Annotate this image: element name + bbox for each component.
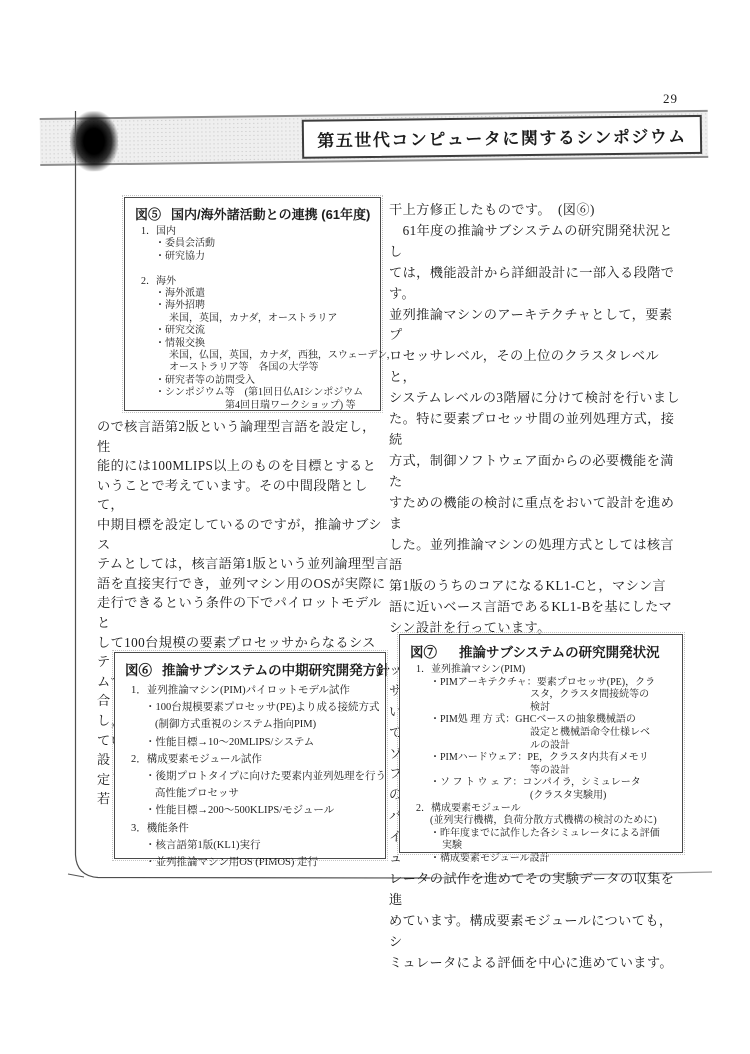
list-item: 1．並列推論マシン(PIM)パイロットモデル試作 bbox=[119, 682, 381, 699]
list-item bbox=[129, 263, 376, 275]
list-item: 第4回日瑞ワークショップ) 等 bbox=[129, 400, 376, 412]
figure-6-box: 図⑥ 推論サブシステムの中期研究開発方針 1．並列推論マシン(PIM)パイロット… bbox=[114, 652, 386, 859]
header-banner: 第五世代コンピュータに関するシンポジウム bbox=[40, 110, 709, 166]
figure-5-caption: 図⑤ 国内/海外諸活動との連携 (61年度) bbox=[125, 198, 380, 226]
list-item: ・並列推論マシン用OS (PIMOS) 走行 bbox=[119, 854, 381, 871]
figure-6-title: 推論サブシステムの中期研究開発方針 bbox=[162, 659, 390, 679]
list-item: ・情報交換 bbox=[129, 338, 376, 350]
list-item: ルの設計 bbox=[404, 740, 678, 753]
list-item: ・委員会活動 bbox=[129, 238, 376, 250]
list-item: 高性能プロセッサ bbox=[119, 785, 381, 802]
list-item: ・研究者等の訪問受入 bbox=[129, 375, 376, 387]
list-item: 1．並列推論マシン(PIM) bbox=[404, 664, 678, 677]
binding-shadow bbox=[70, 111, 119, 172]
list-item: ・後期プロトタイプに向けた要素内並列処理を行う bbox=[119, 768, 381, 785]
list-item: 実験 bbox=[404, 840, 678, 853]
figure-6-list: 1．並列推論マシン(PIM)パイロットモデル試作・100台規模要素プロセッサ(P… bbox=[115, 682, 385, 875]
figure-7-label: 図⑦ bbox=[410, 641, 437, 661]
figure-6-caption: 図⑥ 推論サブシステムの中期研究開発方針 bbox=[115, 653, 385, 682]
list-item: ・性能目標→200～500KLIPS/モジュール bbox=[119, 802, 381, 819]
list-item: 検討 bbox=[404, 702, 678, 715]
list-item: ・海外派遣 bbox=[129, 288, 376, 300]
list-item: 2．海外 bbox=[129, 276, 376, 288]
figure-5-title: 国内/海外諸活動との連携 (61年度) bbox=[171, 204, 370, 223]
list-item: ・海外招聘 bbox=[129, 300, 376, 312]
list-item: スタ，クラスタ間接続等の bbox=[404, 689, 678, 702]
list-item: ・100台規模要素プロセッサ(PE)より成る接続方式 bbox=[119, 699, 381, 716]
figure-6-label: 図⑥ bbox=[125, 659, 152, 679]
list-item: ・昨年度までに試作した各シミュレータによる評価 bbox=[404, 828, 678, 841]
list-item: ・性能目標→10～20MLIPS/システム bbox=[119, 734, 381, 751]
list-item: 等の設計 bbox=[404, 765, 678, 778]
list-item: ・構成要素モジュール設計 bbox=[404, 853, 678, 866]
list-item: 1．国内 bbox=[129, 226, 376, 238]
figure-7-title: 推論サブシステムの研究開発状況 bbox=[459, 641, 660, 661]
list-item: 3．機能条件 bbox=[119, 820, 381, 837]
list-item: ・ソ フ ト ウ ェ ア：コンパイラ，シミュレータ bbox=[404, 777, 678, 790]
figure-7-list: 1．並列推論マシン(PIM)・PIMアーキテクチャ：要素プロセッサ(PE)，クラ… bbox=[400, 664, 682, 870]
list-item: ・研究協力 bbox=[129, 251, 376, 263]
figure-7-caption: 図⑦ 推論サブシステムの研究開発状況 bbox=[400, 635, 682, 664]
list-item: 2．構成要素モジュール試作 bbox=[119, 751, 381, 768]
figure-5-label: 図⑤ bbox=[135, 204, 161, 223]
list-item: ・核言語第1版(KL1)実行 bbox=[119, 837, 381, 854]
figure-5-list: 1．国内・委員会活動・研究協力 2．海外・海外派遣・海外招聘米国，英国，カナダ，… bbox=[125, 226, 380, 416]
list-item: ・シンポジウム等 (第1回日仏AIシンポジウム bbox=[129, 387, 376, 399]
list-item: ・研究交流 bbox=[129, 325, 376, 337]
list-item: 米国，仏国，英国，カナダ，西独，スウェーデン， bbox=[129, 350, 376, 362]
figure-7-box: 図⑦ 推論サブシステムの研究開発状況 1．並列推論マシン(PIM)・PIMアーキ… bbox=[399, 634, 683, 853]
list-item: ・PIM処 理 方 式：GHCベースの抽象機械語の bbox=[404, 714, 678, 727]
list-item: 設定と機械語命令仕様レベ bbox=[404, 727, 678, 740]
list-item: (並列実行機構，負荷分散方式機構の検討のために) bbox=[404, 815, 678, 828]
figure-5-box: 図⑤ 国内/海外諸活動との連携 (61年度) 1．国内・委員会活動・研究協力 2… bbox=[124, 197, 381, 411]
list-item: ・PIMアーキテクチャ：要素プロセッサ(PE)，クラ bbox=[404, 677, 678, 690]
page-number: 29 bbox=[663, 91, 678, 107]
list-item: 米国，英国，カナダ，オーストラリア bbox=[129, 313, 376, 325]
page-title-text: 第五世代コンピュータに関するシンポジウム bbox=[317, 122, 687, 152]
page-title: 第五世代コンピュータに関するシンポジウム bbox=[302, 115, 702, 159]
list-item: オーストラリア等 各国の大学等 bbox=[129, 362, 376, 374]
list-item: (クラスタ実験用) bbox=[404, 790, 678, 803]
list-item: (制御方式重視のシステム指向PIM) bbox=[119, 716, 381, 733]
list-item: ・PIMハードウェア：PE，クラスタ内共有メモリ bbox=[404, 752, 678, 765]
list-item: 2．構成要素モジュール bbox=[404, 803, 678, 816]
